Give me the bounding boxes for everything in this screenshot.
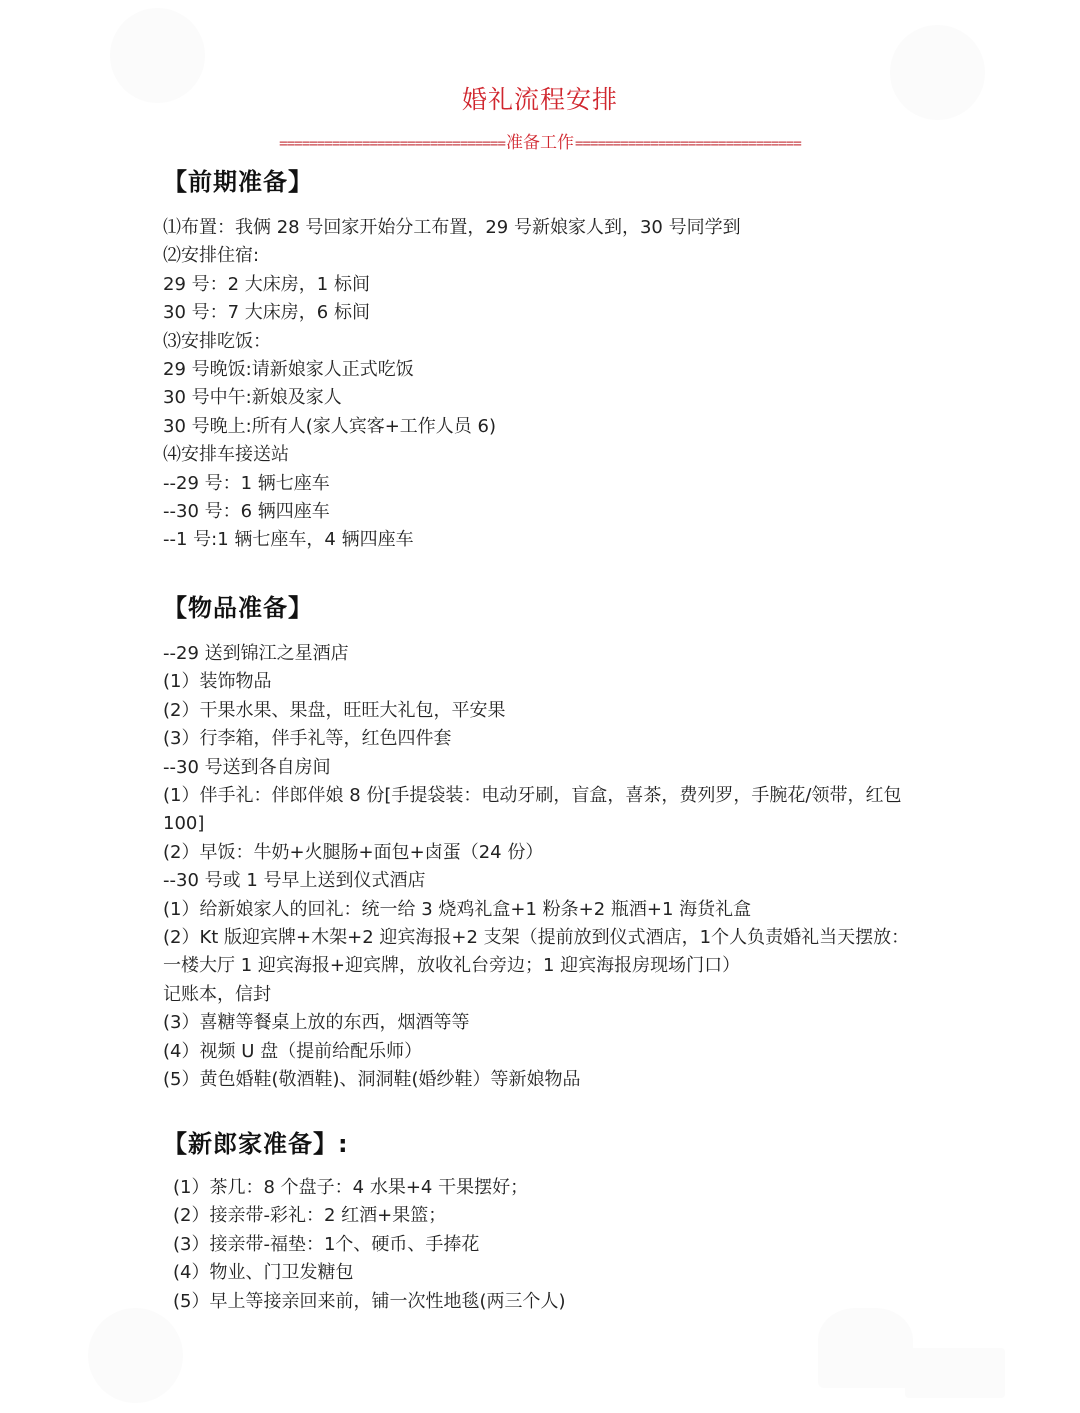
list-item: ⑴布置：我俩 28 号回家开始分工布置，29 号新娘家人到，30 号同学到	[163, 214, 933, 242]
list-item: 30 号中午:新娘及家人	[163, 384, 933, 412]
list-item: ⑷安排车接送站	[163, 441, 933, 469]
section-divider: ==============================准备工作======…	[0, 128, 1080, 153]
watermark-shape	[905, 1348, 1005, 1398]
list-item: (1）给新娘家人的回礼：统一给 3 烧鸡礼盒+1 粉条+2 瓶酒+1 海货礼盒	[163, 896, 933, 924]
list-item: (5）早上等接亲回来前，铺一次性地毯(两三个人)	[163, 1288, 933, 1316]
divider-label: 准备工作	[506, 133, 574, 153]
list-item: ⑵安排住宿:	[163, 242, 933, 270]
list-item: 29 号：2 大床房，1 标间	[163, 271, 933, 299]
section-item-preparation: 【物品准备】 --29 送到锦江之星酒店 (1）装饰物品 (2）干果水果、果盘，…	[163, 590, 933, 1095]
section-early-preparation: 【前期准备】 ⑴布置：我俩 28 号回家开始分工布置，29 号新娘家人到，30 …	[163, 164, 933, 555]
list-item: (1）装饰物品	[163, 668, 933, 696]
list-item: --29 号：1 辆七座车	[163, 470, 933, 498]
list-item: (4）视频 U 盘（提前给配乐师）	[163, 1038, 933, 1066]
list-item: --30 号：6 辆四座车	[163, 498, 933, 526]
document-title: 婚礼流程安排	[0, 80, 1080, 116]
list-item: --30 号送到各自房间	[163, 754, 933, 782]
list-item: --29 送到锦江之星酒店	[163, 640, 933, 668]
list-item: 29 号晚饭:请新娘家人正式吃饭	[163, 356, 933, 384]
list-item: 30 号：7 大床房，6 标间	[163, 299, 933, 327]
list-item: (1）伴手礼：伴郎伴娘 8 份[手提袋装：电动牙刷，盲盒，喜茶，费列罗，手腕花/…	[163, 782, 923, 839]
list-item: (1）茶几：8 个盘子：4 水果+4 干果摆好；	[163, 1174, 933, 1202]
list-item: 记账本，信封	[163, 981, 933, 1009]
watermark-circle	[88, 1308, 183, 1403]
list-item: (3）接亲带-福垫：1个、硬币、手捧花	[163, 1231, 933, 1259]
list-item: (3）喜糖等餐桌上放的东西，烟酒等等	[163, 1009, 933, 1037]
section-lines: (1）茶几：8 个盘子：4 水果+4 干果摆好； (2）接亲带-彩礼：2 红酒+…	[163, 1174, 933, 1316]
list-item: (4）物业、门卫发糖包	[163, 1259, 933, 1287]
divider-rule-left: ==============================	[279, 136, 505, 152]
watermark-shape	[818, 1308, 913, 1388]
list-item: --30 号或 1 号早上送到仪式酒店	[163, 867, 933, 895]
list-item: (2）早饭：牛奶+火腿肠+面包+卤蛋（24 份）	[163, 839, 933, 867]
section-groom-home-preparation: 【新郎家准备】: (1）茶几：8 个盘子：4 水果+4 干果摆好； (2）接亲带…	[163, 1126, 933, 1316]
list-item: ⑶安排吃饭：	[163, 328, 933, 356]
section-heading: 【物品准备】	[163, 590, 933, 626]
list-item: 30 号晚上:所有人(家人宾客+工作人员 6)	[163, 413, 933, 441]
list-item: (2）干果水果、果盘，旺旺大礼包，平安果	[163, 697, 933, 725]
list-item: (2）Kt 版迎宾牌+木架+2 迎宾海报+2 支架（提前放到仪式酒店，1个人负责…	[163, 924, 923, 981]
section-heading: 【新郎家准备】:	[163, 1126, 933, 1162]
section-lines: --29 送到锦江之星酒店 (1）装饰物品 (2）干果水果、果盘，旺旺大礼包，平…	[163, 640, 933, 1095]
section-heading: 【前期准备】	[163, 164, 933, 200]
section-lines: ⑴布置：我俩 28 号回家开始分工布置，29 号新娘家人到，30 号同学到 ⑵安…	[163, 214, 933, 555]
list-item: (2）接亲带-彩礼：2 红酒+果篮；	[163, 1202, 933, 1230]
list-item: (3）行李箱，伴手礼等，红色四件套	[163, 725, 933, 753]
list-item: (5）黄色婚鞋(敬酒鞋)、洞洞鞋(婚纱鞋）等新娘物品	[163, 1066, 933, 1094]
divider-rule-right: ==============================	[575, 136, 801, 152]
list-item: --1 号:1 辆七座车，4 辆四座车	[163, 526, 933, 554]
